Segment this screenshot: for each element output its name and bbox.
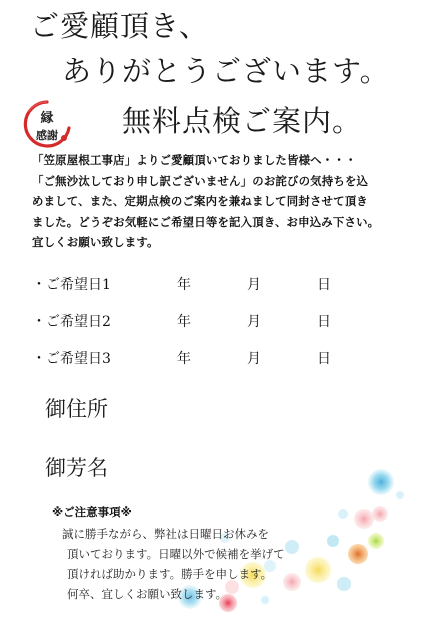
notice-line: 誠に勝手ながら、弊社は日曜日お休みを xyxy=(62,524,285,544)
month-label: 月 xyxy=(247,350,261,368)
company-seal-logo-icon: 縁 感謝 xyxy=(20,98,74,150)
intro-line: 宜しくお願い致します。 xyxy=(32,232,379,253)
intro-line: 「ご無沙汰しており申し訳ございません」のお詫びの気持ちを込 xyxy=(32,171,379,192)
notice-line: 頂ければ助かります。勝手を申します。 xyxy=(62,564,285,584)
svg-text:縁: 縁 xyxy=(39,110,53,126)
year-label: 年 xyxy=(177,276,191,294)
notice-line: 頂いております。日曜以外で候補を挙げて xyxy=(62,544,285,564)
headline-line-2: ありがとうございます。 xyxy=(62,53,390,89)
name-label: 御芳名 xyxy=(45,455,108,481)
day-label: 日 xyxy=(317,313,331,331)
month-label: 月 xyxy=(247,313,261,331)
year-label: 年 xyxy=(177,313,191,331)
preferred-date-label: ・ご希望日3 xyxy=(32,350,111,368)
address-label: 御住所 xyxy=(45,396,108,422)
preferred-date-label: ・ご希望日1 xyxy=(32,276,111,294)
month-label: 月 xyxy=(247,276,261,294)
year-label: 年 xyxy=(177,350,191,368)
day-label: 日 xyxy=(317,276,331,294)
headline-line-3: 無料点検ご案内。 xyxy=(122,103,362,139)
day-label: 日 xyxy=(317,350,331,368)
headline-line-1: ご愛顧頂き、 xyxy=(30,8,209,44)
svg-text:感謝: 感謝 xyxy=(36,128,58,142)
intro-line: 「笠原屋根工事店」よりご愛顧頂いておりました皆様へ・・・ xyxy=(32,150,379,171)
notice-body: 誠に勝手ながら、弊社は日曜日お休みを 頂いております。日曜以外で候補を挙げて 頂… xyxy=(62,524,285,604)
notice-title: ※ご注意事項※ xyxy=(52,504,132,520)
preferred-date-label: ・ご希望日2 xyxy=(32,313,111,331)
notice-line: 何卒、宜しくお願い致します。 xyxy=(62,584,285,604)
intro-paragraph: 「笠原屋根工事店」よりご愛顧頂いておりました皆様へ・・・ 「ご無沙汰しており申し… xyxy=(32,150,379,253)
intro-line: ました。どうぞお気軽にご希望日等を記入頂き、お申込み下さい。 xyxy=(32,212,379,233)
intro-line: めまして、また、定期点検のご案内を兼ねまして同封させて頂き xyxy=(32,191,379,212)
